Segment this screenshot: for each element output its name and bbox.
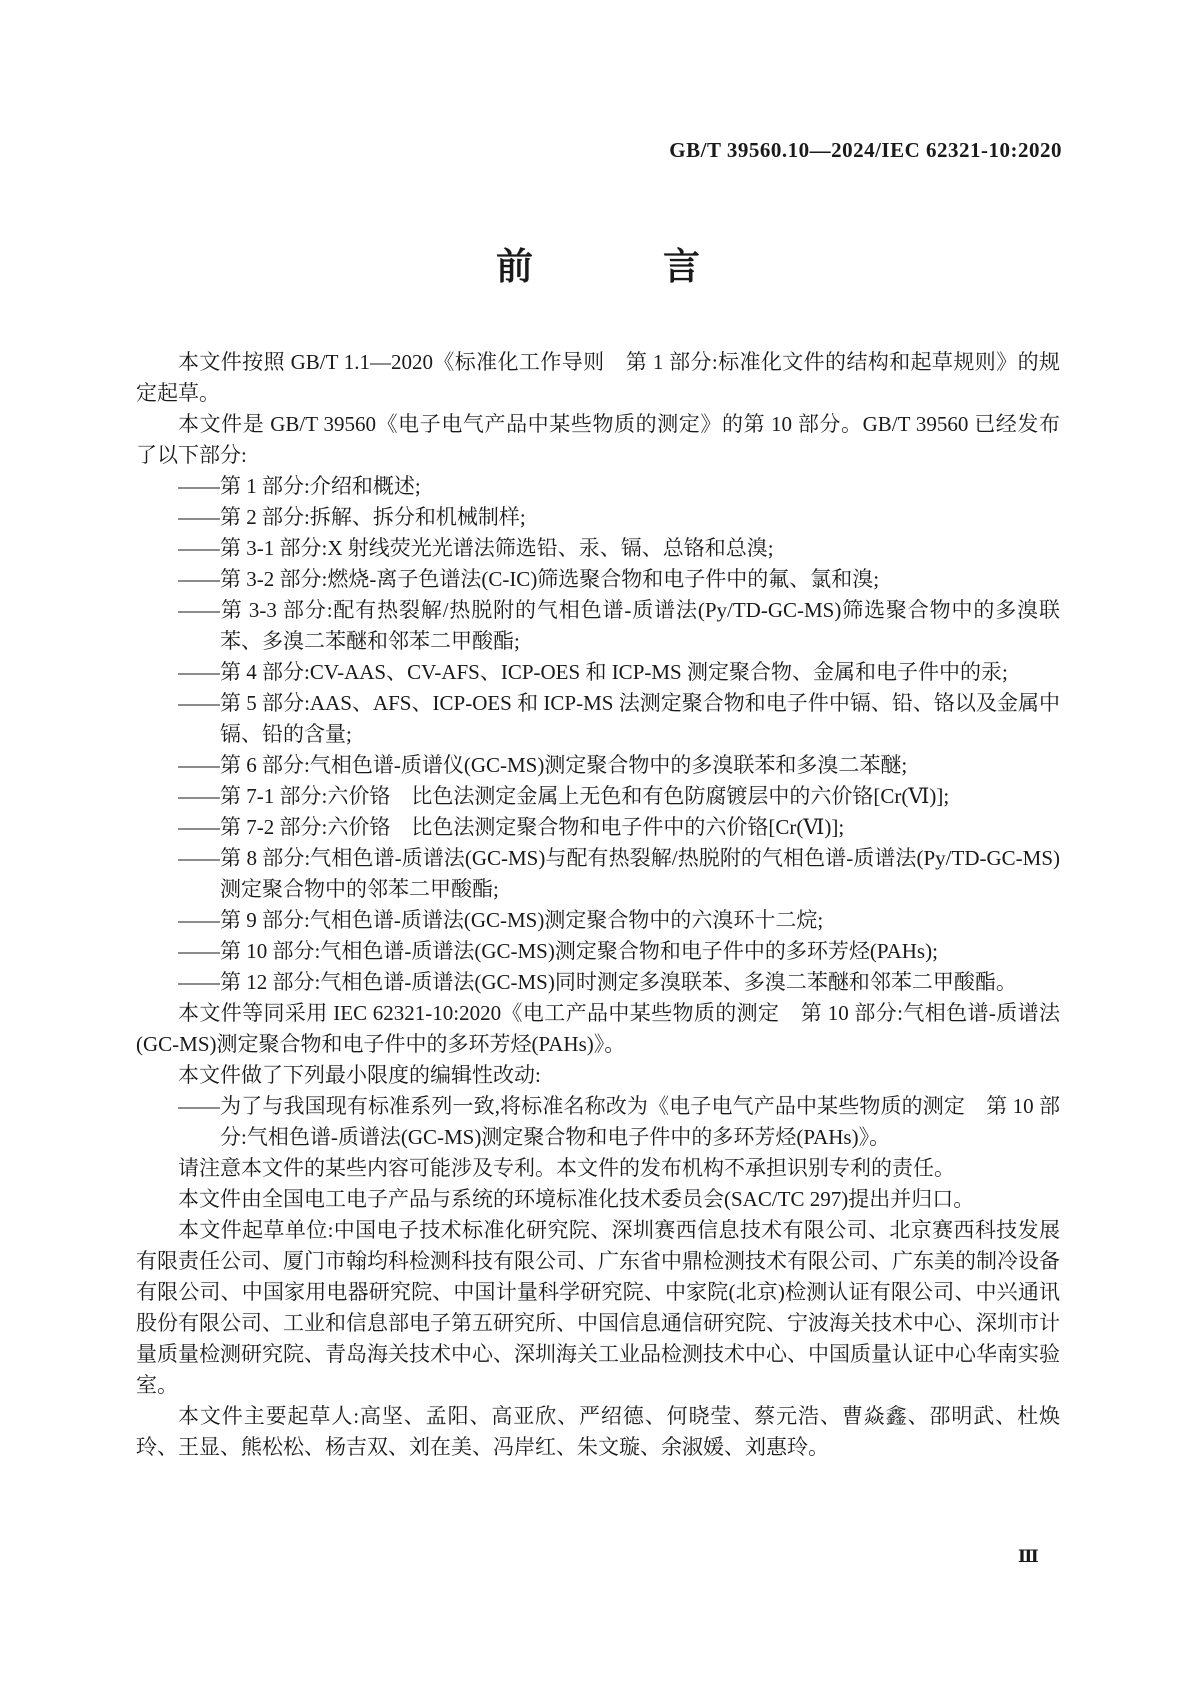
part-list-item: ——第 12 部分:气相色谱-质谱法(GC-MS)同时测定多溴联苯、多溴二苯醚和… — [136, 967, 1060, 998]
paragraph-patent-notice: 请注意本文件的某些内容可能涉及专利。本文件的发布机构不承担识别专利的责任。 — [136, 1153, 1060, 1184]
parts-list: ——第 1 部分:介绍和概述; ——第 2 部分:拆解、拆分和机械制样; ——第… — [136, 471, 1060, 998]
part-list-item-text: 第 7-2 部分:六价铬 比色法测定聚合物和电子件中的六价铬[Cr(Ⅵ)]; — [220, 815, 844, 839]
foreword-body: 本文件按照 GB/T 1.1—2020《标准化工作导则 第 1 部分:标准化文件… — [136, 347, 1060, 1463]
list-dash: —— — [178, 750, 220, 781]
list-dash: —— — [178, 905, 220, 936]
part-list-item: ——第 1 部分:介绍和概述; — [136, 471, 1060, 502]
foreword-title-char-right: 言 — [663, 236, 700, 290]
part-list-item: ——第 9 部分:气相色谱-质谱法(GC-MS)测定聚合物中的六溴环十二烷; — [136, 905, 1060, 936]
part-list-item-text: 第 12 部分:气相色谱-质谱法(GC-MS)同时测定多溴联苯、多溴二苯醚和邻苯… — [220, 970, 1017, 994]
list-dash: —— — [178, 688, 220, 719]
list-dash: —— — [178, 843, 220, 874]
part-list-item-text: 第 3-3 部分:配有热裂解/热脱附的气相色谱-质谱法(Py/TD-GC-MS)… — [220, 598, 1060, 653]
standard-document-page: GB/T 39560.10—2024/IEC 62321-10:2020 前 言… — [0, 0, 1191, 1685]
part-list-item-text: 第 4 部分:CV-AAS、CV-AFS、ICP-OES 和 ICP-MS 测定… — [220, 660, 1008, 684]
part-list-item-text: 第 10 部分:气相色谱-质谱法(GC-MS)测定聚合物和电子件中的多环芳烃(P… — [220, 939, 938, 963]
paragraph-committee: 本文件由全国电工电子产品与系统的环境标准化技术委员会(SAC/TC 297)提出… — [136, 1184, 1060, 1215]
list-dash: —— — [178, 564, 220, 595]
part-list-item: ——第 2 部分:拆解、拆分和机械制样; — [136, 502, 1060, 533]
part-list-item-text: 第 8 部分:气相色谱-质谱法(GC-MS)与配有热裂解/热脱附的气相色谱-质谱… — [220, 846, 1060, 901]
list-dash: —— — [178, 533, 220, 564]
paragraph-adoption: 本文件等同采用 IEC 62321-10:2020《电工产品中某些物质的测定 第… — [136, 998, 1060, 1060]
part-list-item: ——第 4 部分:CV-AAS、CV-AFS、ICP-OES 和 ICP-MS … — [136, 657, 1060, 688]
part-list-item-text: 第 7-1 部分:六价铬 比色法测定金属上无色和有色防腐镀层中的六价铬[Cr(Ⅵ… — [220, 784, 949, 808]
foreword-title-char-left: 前 — [496, 236, 533, 290]
list-dash: —— — [178, 936, 220, 967]
list-dash: —— — [178, 967, 220, 998]
list-dash: —— — [178, 1091, 220, 1122]
paragraph-drafting-organizations: 本文件起草单位:中国电子技术标准化研究院、深圳赛西信息技术有限公司、北京赛西科技… — [136, 1215, 1060, 1401]
page-number: Ⅲ — [1018, 1547, 1039, 1567]
paragraph-edits-intro: 本文件做了下列最小限度的编辑性改动: — [136, 1060, 1060, 1091]
paragraph-series-intro: 本文件是 GB/T 39560《电子电气产品中某些物质的测定》的第 10 部分。… — [136, 409, 1060, 471]
part-list-item-text: 第 6 部分:气相色谱-质谱仪(GC-MS)测定聚合物中的多溴联苯和多溴二苯醚; — [220, 753, 907, 777]
standard-code-header: GB/T 39560.10—2024/IEC 62321-10:2020 — [669, 138, 1062, 163]
paragraph-drafting-basis: 本文件按照 GB/T 1.1—2020《标准化工作导则 第 1 部分:标准化文件… — [136, 347, 1060, 409]
part-list-item: ——第 6 部分:气相色谱-质谱仪(GC-MS)测定聚合物中的多溴联苯和多溴二苯… — [136, 750, 1060, 781]
part-list-item-text: 第 1 部分:介绍和概述; — [220, 474, 421, 498]
list-dash: —— — [178, 502, 220, 533]
paragraph-main-drafters: 本文件主要起草人:高坚、孟阳、高亚欣、严绍德、何晓莹、蔡元浩、曹焱鑫、邵明武、杜… — [136, 1401, 1060, 1463]
part-list-item: ——第 3-3 部分:配有热裂解/热脱附的气相色谱-质谱法(Py/TD-GC-M… — [136, 595, 1060, 657]
part-list-item: ——第 7-2 部分:六价铬 比色法测定聚合物和电子件中的六价铬[Cr(Ⅵ)]; — [136, 812, 1060, 843]
list-dash: —— — [178, 781, 220, 812]
list-dash: —— — [178, 595, 220, 626]
edit-list-item: ——为了与我国现有标准系列一致,将标准名称改为《电子电气产品中某些物质的测定 第… — [136, 1091, 1060, 1153]
list-dash: —— — [178, 471, 220, 502]
part-list-item-text: 第 5 部分:AAS、AFS、ICP-OES 和 ICP-MS 法测定聚合物和电… — [220, 691, 1060, 746]
part-list-item-text: 第 2 部分:拆解、拆分和机械制样; — [220, 505, 526, 529]
part-list-item: ——第 8 部分:气相色谱-质谱法(GC-MS)与配有热裂解/热脱附的气相色谱-… — [136, 843, 1060, 905]
foreword-title: 前 言 — [136, 236, 1060, 290]
part-list-item: ——第 3-2 部分:燃烧-离子色谱法(C-IC)筛选聚合物和电子件中的氟、氯和… — [136, 564, 1060, 595]
part-list-item-text: 第 9 部分:气相色谱-质谱法(GC-MS)测定聚合物中的六溴环十二烷; — [220, 908, 823, 932]
edit-list-item-text: 为了与我国现有标准系列一致,将标准名称改为《电子电气产品中某些物质的测定 第 1… — [220, 1094, 1060, 1149]
part-list-item-text: 第 3-1 部分:X 射线荧光光谱法筛选铅、汞、镉、总铬和总溴; — [220, 536, 774, 560]
part-list-item-text: 第 3-2 部分:燃烧-离子色谱法(C-IC)筛选聚合物和电子件中的氟、氯和溴; — [220, 567, 879, 591]
list-dash: —— — [178, 657, 220, 688]
part-list-item: ——第 7-1 部分:六价铬 比色法测定金属上无色和有色防腐镀层中的六价铬[Cr… — [136, 781, 1060, 812]
part-list-item: ——第 10 部分:气相色谱-质谱法(GC-MS)测定聚合物和电子件中的多环芳烃… — [136, 936, 1060, 967]
part-list-item: ——第 5 部分:AAS、AFS、ICP-OES 和 ICP-MS 法测定聚合物… — [136, 688, 1060, 750]
part-list-item: ——第 3-1 部分:X 射线荧光光谱法筛选铅、汞、镉、总铬和总溴; — [136, 533, 1060, 564]
list-dash: —— — [178, 812, 220, 843]
